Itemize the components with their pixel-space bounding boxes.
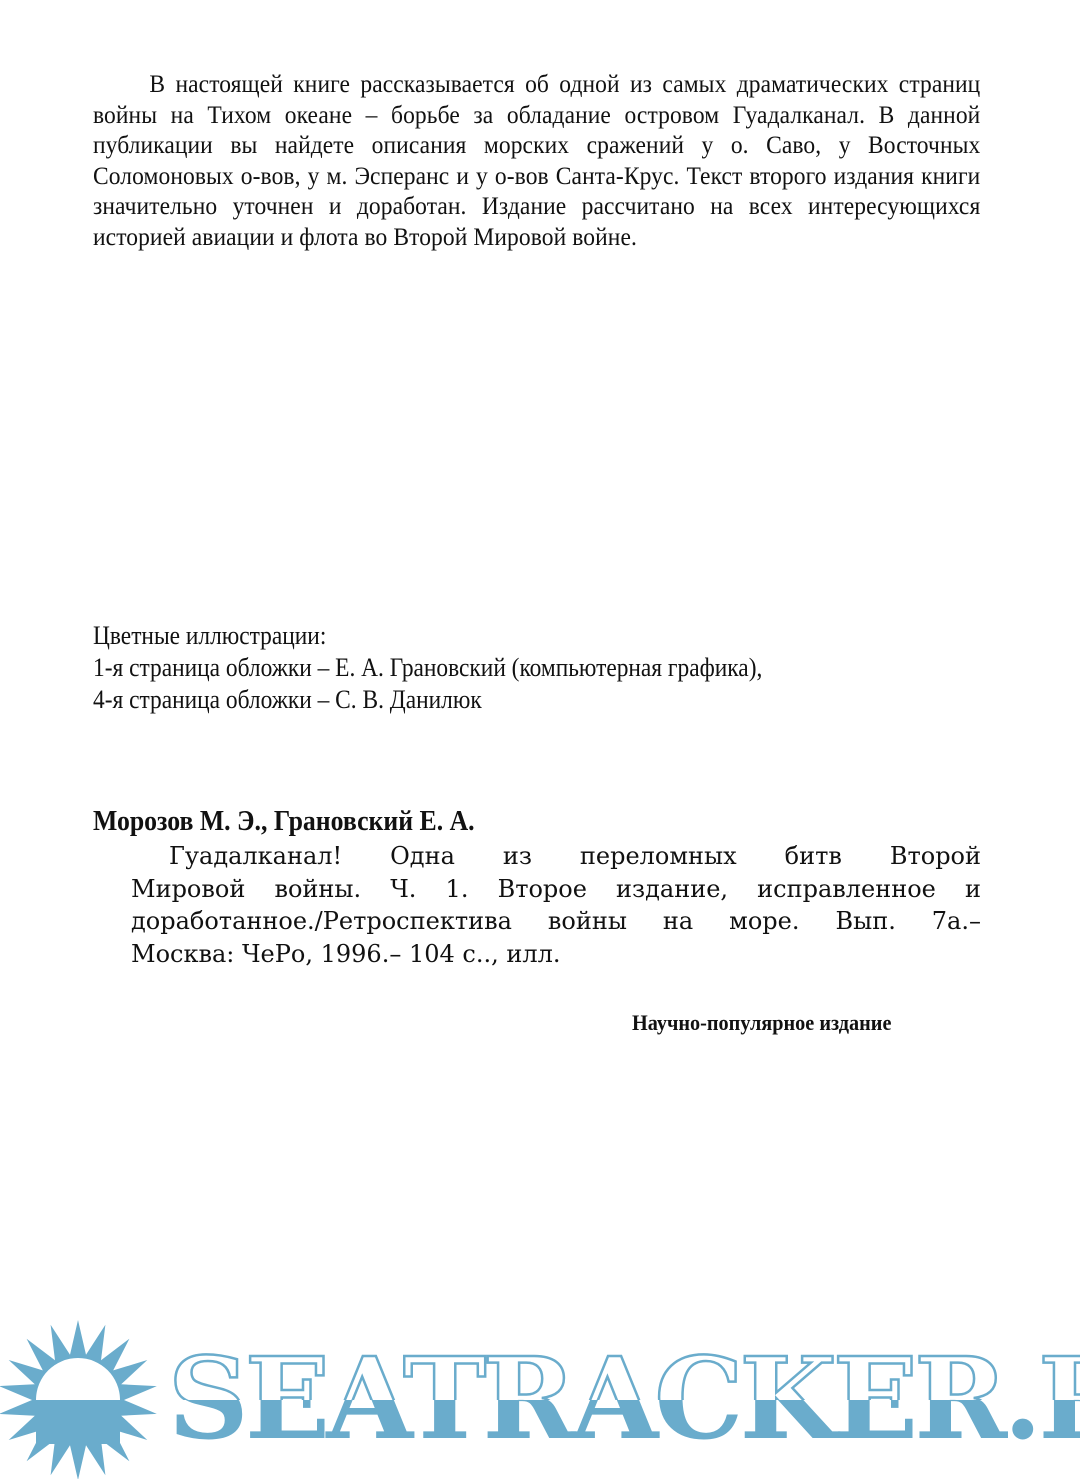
credits-line: 1-я страница обложки – Е. А. Грановский … xyxy=(93,652,762,684)
credits-line: 4-я страница обложки – С. В. Данилюк xyxy=(93,684,762,716)
bibliography-line: Москва: ЧеРо, 1996.– 104 с.., илл. xyxy=(93,938,981,971)
bibliography-line: Гуадалканал! Одна из переломных битв Вто… xyxy=(93,840,981,873)
bibliography-authors: Морозов М. Э., Грановский Е. А. xyxy=(93,806,475,838)
sun-logo-icon: SEATRACKER.RU SEATRACKER.RU xyxy=(0,1318,1080,1479)
seatracker-watermark: SEATRACKER.RU SEATRACKER.RU xyxy=(0,1318,1080,1479)
credits-heading: Цветные иллюстрации: xyxy=(93,620,762,652)
illustration-credits: Цветные иллюстрации: 1-я страница обложк… xyxy=(93,620,762,716)
genre-label: Научно-популярное издание xyxy=(632,1010,891,1036)
bibliography-line: Мировой войны. Ч. 1. Второе издание, исп… xyxy=(93,873,981,906)
bibliography-line: доработанное./Ретроспектива войны на мор… xyxy=(93,905,981,938)
annotation-paragraph: В настоящей книге рассказывается об одно… xyxy=(93,70,980,254)
bibliography-description: Гуадалканал! Одна из переломных битв Вто… xyxy=(93,840,981,970)
